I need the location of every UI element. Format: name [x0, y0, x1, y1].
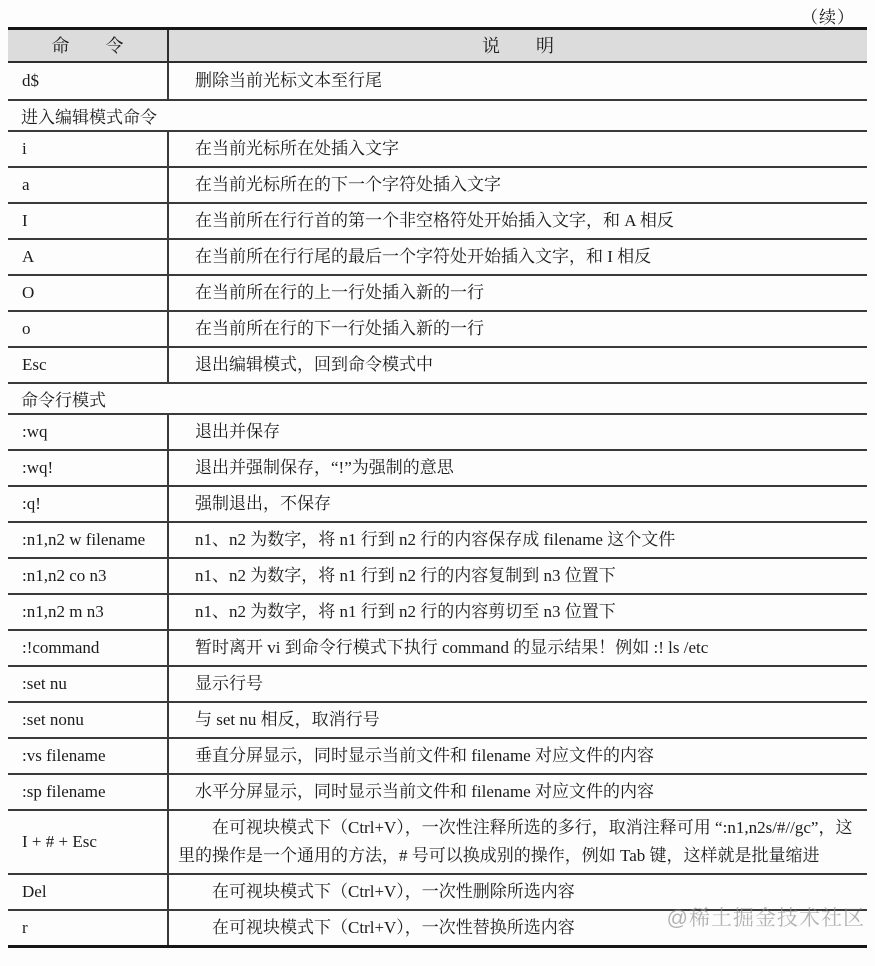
command-cell: Del [8, 874, 168, 910]
description-cell: 退出编辑模式，回到命令模式中 [168, 347, 867, 383]
command-cell: :sp filename [8, 774, 168, 810]
command-cell: :n1,n2 co n3 [8, 558, 168, 594]
description-cell: 暂时离开 vi 到命令行模式下执行 command 的显示结果！例如 :! ls… [168, 630, 867, 666]
description-cell: 在当前所在行行首的第一个非空格符处开始插入文字，和 A 相反 [168, 203, 867, 239]
vi-commands-table: 命 令 说 明 d$删除当前光标文本至行尾进入编辑模式命令i在当前光标所在处插入… [8, 27, 867, 948]
description-cell: n1、n2 为数字，将 n1 行到 n2 行的内容保存成 filename 这个… [168, 522, 867, 558]
command-cell: :set nu [8, 666, 168, 702]
section-row: 进入编辑模式命令 [8, 100, 867, 131]
command-cell: :wq [8, 414, 168, 450]
table-row: :q!强制退出，不保存 [8, 486, 867, 522]
scanned-page: （续） 命 令 说 明 d$删除当前光标文本至行尾进入编辑模式命令i在当前光标所… [0, 0, 875, 948]
description-cell: n1、n2 为数字，将 n1 行到 n2 行的内容剪切至 n3 位置下 [168, 594, 867, 630]
command-cell: O [8, 275, 168, 311]
description-cell: 与 set nu 相反，取消行号 [168, 702, 867, 738]
table-row: r在可视块模式下（Ctrl+V），一次性替换所选内容 [8, 910, 867, 947]
table-row: Del在可视块模式下（Ctrl+V），一次性删除所选内容 [8, 874, 867, 910]
description-cell: n1、n2 为数字，将 n1 行到 n2 行的内容复制到 n3 位置下 [168, 558, 867, 594]
table-row: o在当前所在行的下一行处插入新的一行 [8, 311, 867, 347]
table-row: d$删除当前光标文本至行尾 [8, 62, 867, 100]
command-cell: i [8, 131, 168, 167]
table-row: I + # + Esc在可视块模式下（Ctrl+V），一次性注释所选的多行，取消… [8, 810, 867, 874]
table-row: :set nu显示行号 [8, 666, 867, 702]
description-cell: 在可视块模式下（Ctrl+V），一次性删除所选内容 [168, 874, 867, 910]
table-row: :n1,n2 co n3n1、n2 为数字，将 n1 行到 n2 行的内容复制到… [8, 558, 867, 594]
table-row: :n1,n2 w filenamen1、n2 为数字，将 n1 行到 n2 行的… [8, 522, 867, 558]
description-cell: 在当前所在行的下一行处插入新的一行 [168, 311, 867, 347]
table-row: :set nonu与 set nu 相反，取消行号 [8, 702, 867, 738]
description-cell: 水平分屏显示，同时显示当前文件和 filename 对应文件的内容 [168, 774, 867, 810]
description-cell: 删除当前光标文本至行尾 [168, 62, 867, 100]
description-cell: 在当前光标所在处插入文字 [168, 131, 867, 167]
table-row: :vs filename垂直分屏显示，同时显示当前文件和 filename 对应… [8, 738, 867, 774]
table-row: i在当前光标所在处插入文字 [8, 131, 867, 167]
command-cell: d$ [8, 62, 168, 100]
description-cell: 在可视块模式下（Ctrl+V），一次性替换所选内容 [168, 910, 867, 947]
description-cell: 退出并保存 [168, 414, 867, 450]
table-row: O在当前所在行的上一行处插入新的一行 [8, 275, 867, 311]
table-row: :sp filename水平分屏显示，同时显示当前文件和 filename 对应… [8, 774, 867, 810]
description-cell: 退出并强制保存，“!”为强制的意思 [168, 450, 867, 486]
table-row: I在当前所在行行首的第一个非空格符处开始插入文字，和 A 相反 [8, 203, 867, 239]
command-cell: r [8, 910, 168, 947]
description-cell: 垂直分屏显示，同时显示当前文件和 filename 对应文件的内容 [168, 738, 867, 774]
table-row: :!command暂时离开 vi 到命令行模式下执行 command 的显示结果… [8, 630, 867, 666]
command-cell: o [8, 311, 168, 347]
command-cell: A [8, 239, 168, 275]
header-command: 命 令 [8, 29, 168, 62]
command-cell: :n1,n2 m n3 [8, 594, 168, 630]
command-cell: I [8, 203, 168, 239]
description-cell: 在当前所在行行尾的最后一个字符处开始插入文字，和 I 相反 [168, 239, 867, 275]
table-row: :n1,n2 m n3n1、n2 为数字，将 n1 行到 n2 行的内容剪切至 … [8, 594, 867, 630]
section-row: 命令行模式 [8, 383, 867, 414]
continued-label: （续） [0, 0, 875, 27]
table-row: A在当前所在行行尾的最后一个字符处开始插入文字，和 I 相反 [8, 239, 867, 275]
table-body: d$删除当前光标文本至行尾进入编辑模式命令i在当前光标所在处插入文字a在当前光标… [8, 62, 867, 947]
description-cell: 在可视块模式下（Ctrl+V），一次性注释所选的多行，取消注释可用 “:n1,n… [168, 810, 867, 874]
table-row: :wq!退出并强制保存，“!”为强制的意思 [8, 450, 867, 486]
description-cell: 在当前光标所在的下一个字符处插入文字 [168, 167, 867, 203]
command-cell: Esc [8, 347, 168, 383]
section-label: 命令行模式 [8, 383, 867, 414]
command-cell: a [8, 167, 168, 203]
command-cell: I + # + Esc [8, 810, 168, 874]
command-cell: :!command [8, 630, 168, 666]
description-cell: 显示行号 [168, 666, 867, 702]
table-row: :wq退出并保存 [8, 414, 867, 450]
header-description: 说 明 [168, 29, 867, 62]
command-cell: :q! [8, 486, 168, 522]
description-cell: 强制退出，不保存 [168, 486, 867, 522]
section-label: 进入编辑模式命令 [8, 100, 867, 131]
description-cell: 在当前所在行的上一行处插入新的一行 [168, 275, 867, 311]
command-cell: :wq! [8, 450, 168, 486]
table-header: 命 令 说 明 [8, 29, 867, 62]
command-cell: :set nonu [8, 702, 168, 738]
table-row: Esc退出编辑模式，回到命令模式中 [8, 347, 867, 383]
header-row: 命 令 说 明 [8, 29, 867, 62]
command-cell: :vs filename [8, 738, 168, 774]
command-cell: :n1,n2 w filename [8, 522, 168, 558]
table-row: a在当前光标所在的下一个字符处插入文字 [8, 167, 867, 203]
